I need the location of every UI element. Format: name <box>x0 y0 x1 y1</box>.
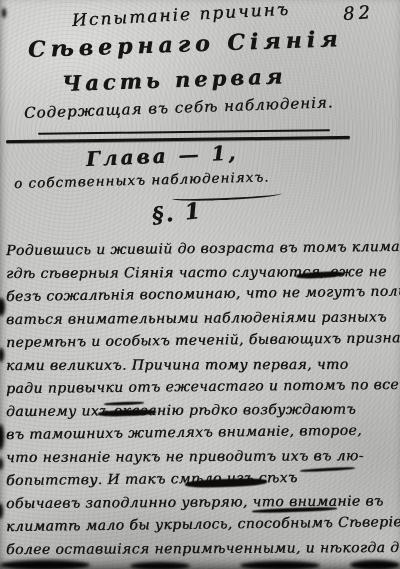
manuscript-line: ради привычки отъ ежечастаго и потомъ по… <box>6 377 400 397</box>
manuscript-line: въ тамошнихъ жителяхъ вниманіе, второе, <box>6 423 362 443</box>
manuscript-line: безъ сожалѣнія воспоминаю, что не могутъ… <box>6 283 400 305</box>
edge-smudge <box>2 8 6 18</box>
edge-smudge <box>0 560 90 569</box>
edge-smudge <box>350 560 400 569</box>
chapter-subtitle: о собственныхъ наблюденіяхъ. <box>14 169 270 192</box>
manuscript-line: дашнему ихъ оказанію рѣдко возбуждаютъ <box>6 402 356 420</box>
edge-smudge <box>0 424 4 450</box>
title-line-4: Содержащая въ себѣ наблюденія. <box>24 93 334 122</box>
manuscript-line: более оставшіяся непримѣченными, и нѣког… <box>6 540 400 558</box>
manuscript-line: ками великихъ. Причина тому первая, что <box>6 357 348 374</box>
edge-smudge <box>0 503 3 519</box>
edge-smudge <box>0 298 5 316</box>
edge-smudge <box>240 561 320 569</box>
correction-smudge <box>300 467 355 473</box>
page-number: 82 <box>342 2 374 25</box>
divider-rule-thin <box>38 129 330 135</box>
title-line-3: Часть первая <box>62 63 287 96</box>
edge-smudge <box>130 562 190 569</box>
edge-smudge <box>0 348 4 362</box>
manuscript-line: климатѣ мало бы укрылось, способнымъ Сѣв… <box>6 514 400 535</box>
manuscript-line: Родившись и жившій до возраста въ томъ к… <box>6 239 400 259</box>
manuscript-page: 82 Испытаніе причинъ Сѣвернаго Сіянія Ча… <box>0 0 400 569</box>
title-line-2: Сѣвернаго Сіянія <box>28 26 343 63</box>
manuscript-line: что незнаніе наукъ не приводитъ ихъ въ л… <box>6 448 364 466</box>
manuscript-line: ваться внимательными наблюденіями разных… <box>6 309 387 328</box>
manuscript-line: перемѣнъ и особыхъ теченій, бывающихъ пр… <box>6 330 400 351</box>
edge-smudge <box>0 458 3 470</box>
chapter-heading: Глава — 1, <box>85 140 238 171</box>
title-line-1: Испытаніе причинъ <box>71 0 290 31</box>
section-mark: §. 1 <box>151 198 204 229</box>
